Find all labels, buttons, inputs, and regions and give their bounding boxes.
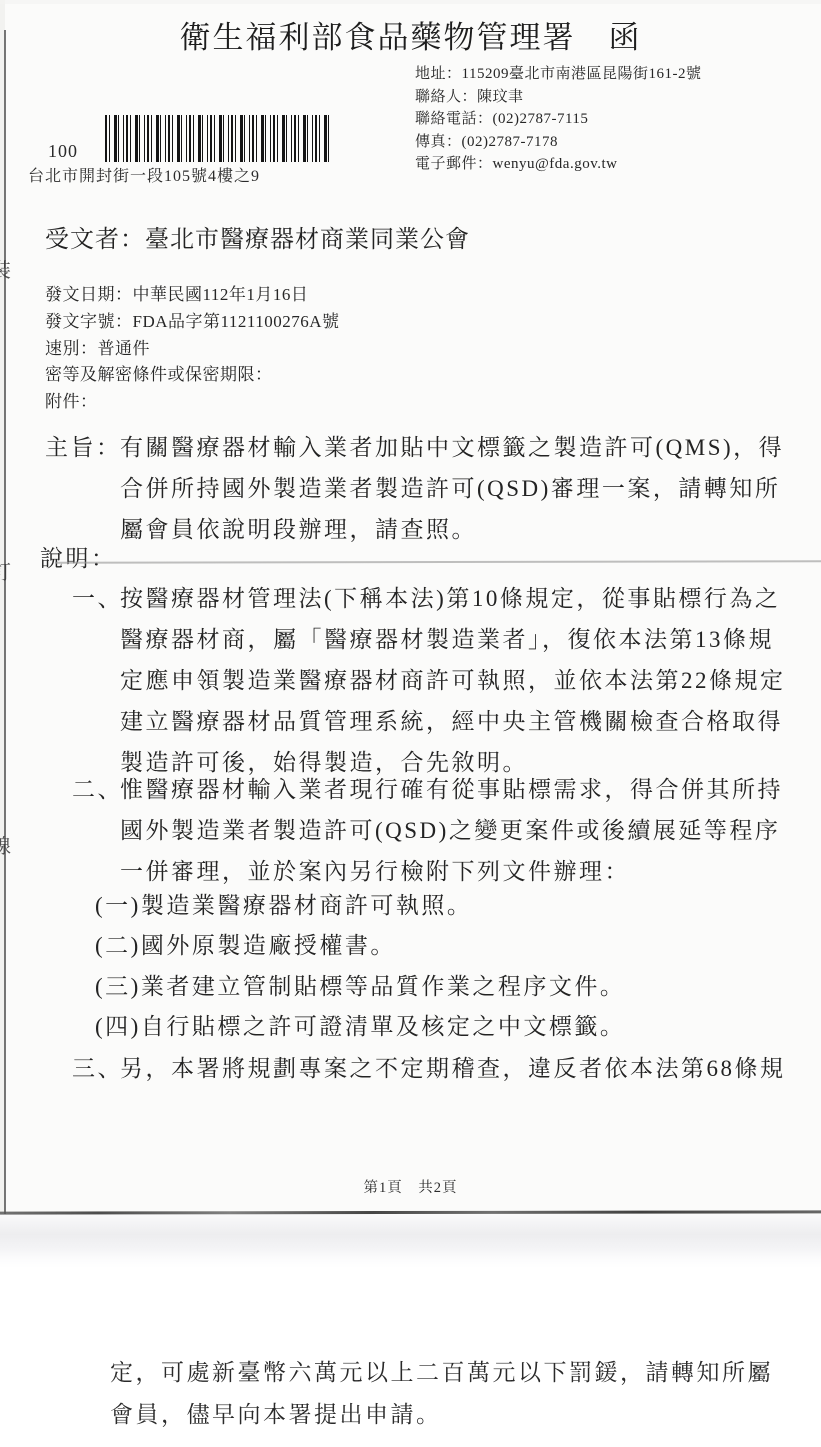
- sender-fax: 傳真：(02)2787-7178: [415, 131, 701, 154]
- issue-date: 發文日期：中華民國112年1月16日: [45, 282, 340, 309]
- recipient-line: 受文者：臺北市醫療器材商業同業公會: [45, 219, 470, 254]
- page-separator-shadow: [0, 1214, 821, 1268]
- item-2-line: 一併審理，並於案內另行檢附下列文件辦理：: [120, 851, 783, 892]
- postal-code: 100: [48, 141, 78, 162]
- subitem-3: (三)業者建立管制貼標等品質作業之程序文件。: [95, 968, 625, 1001]
- item-1-number: 一、: [72, 578, 123, 619]
- subject-line: 有關醫療器材輸入業者加貼中文標籤之製造許可(QMS)，得: [120, 427, 784, 468]
- scanned-letter: 裝 訂 線 衛生福利部食品藥物管理署 函 地址：115209臺北市南港區昆陽街1…: [0, 0, 821, 1447]
- reference-number: 發文字號：FDA品字第1121100276A號: [45, 309, 340, 336]
- explanation-item-3: 三、 另，本署將規劃專案之不定期稽查，違反者依本法第68條規: [72, 1048, 786, 1089]
- page-number-footer: 第1頁 共2頁: [0, 1176, 821, 1197]
- subitem-4: (四)自行貼標之許可證清單及核定之中文標籤。: [95, 1008, 625, 1041]
- mailing-address: 台北市開封街一段105號4樓之9: [28, 163, 260, 186]
- subitem-2: (二)國外原製造廠授權書。: [95, 927, 396, 960]
- binding-mark-zhuang: 裝: [0, 254, 11, 283]
- sender-contact-block: 地址：115209臺北市南港區昆陽街161-2號 聯絡人：陳玟聿 聯絡電話：(0…: [415, 63, 701, 176]
- explanation-item-2: 二、 惟醫療器材輸入業者現行確有從事貼標需求，得合併其所持 國外製造業者製造許可…: [72, 769, 783, 892]
- binding-mark-ding: 訂: [0, 556, 11, 585]
- attachments: 附件：: [45, 389, 340, 416]
- subject-line: 合併所持國外製造業者製造許可(QSD)審理一案，請轉知所: [120, 468, 784, 509]
- item-1-line: 按醫療器材管理法(下稱本法)第10條規定，從事貼標行為之: [120, 578, 786, 619]
- item-3-line: 另，本署將規劃專案之不定期稽查，違反者依本法第68條規: [120, 1048, 786, 1089]
- document-meta-block: 發文日期：中華民國112年1月16日 發文字號：FDA品字第1121100276…: [45, 282, 340, 416]
- page-2-line: 定，可處新臺幣六萬元以上二百萬元以下罰鍰，請轉知所屬: [110, 1352, 773, 1394]
- subject-line: 屬會員依說明段辦理，請查照。: [120, 509, 784, 550]
- sender-address: 地址：115209臺北市南港區昆陽街161-2號: [415, 63, 701, 86]
- explanation-label: 說明：: [40, 540, 117, 573]
- sender-phone: 聯絡電話：(02)2787-7115: [415, 108, 701, 131]
- item-2-number: 二、: [72, 769, 123, 810]
- item-1-line: 定應申領製造業醫療器材商許可執照，並依本法第22條規定: [120, 660, 786, 701]
- priority: 速別：普通件: [45, 336, 340, 363]
- barcode: [105, 115, 333, 162]
- explanation-item-1: 一、 按醫療器材管理法(下稱本法)第10條規定，從事貼標行為之 醫療器材商，屬「…: [72, 578, 786, 783]
- sender-contact-person: 聯絡人：陳玟聿: [415, 86, 701, 109]
- item-1-line: 醫療器材商，屬「醫療器材製造業者」，復依本法第13條規: [120, 619, 786, 660]
- item-2-line: 惟醫療器材輸入業者現行確有從事貼標需求，得合併其所持: [120, 769, 783, 810]
- classification: 密等及解密條件或保密期限：: [45, 362, 340, 389]
- item-3-number: 三、: [72, 1048, 123, 1089]
- item-2-line: 國外製造業者製造許可(QSD)之變更案件或後續展延等程序: [120, 810, 783, 851]
- scan-top-artifact: [0, 0, 821, 4]
- binding-mark-xian: 線: [0, 830, 11, 859]
- page-2-fragment: 定，可處新臺幣六萬元以上二百萬元以下罰鍰，請轉知所屬 會員，儘早向本署提出申請。: [110, 1352, 773, 1436]
- subject-block: 主旨： 有關醫療器材輸入業者加貼中文標籤之製造許可(QMS)，得 合併所持國外製…: [45, 427, 784, 550]
- item-1-line: 建立醫療器材品質管理系統，經中央主管機關檢查合格取得: [120, 701, 786, 742]
- page-2-line: 會員，儘早向本署提出申請。: [110, 1394, 773, 1436]
- sender-email: 電子郵件：wenyu@fda.gov.tw: [415, 153, 701, 176]
- document-title: 衛生福利部食品藥物管理署 函: [0, 12, 821, 57]
- subitem-1: (一)製造業醫療器材商許可執照。: [95, 887, 472, 920]
- subject-label: 主旨：: [45, 427, 122, 468]
- scan-left-border-line: [4, 30, 6, 1258]
